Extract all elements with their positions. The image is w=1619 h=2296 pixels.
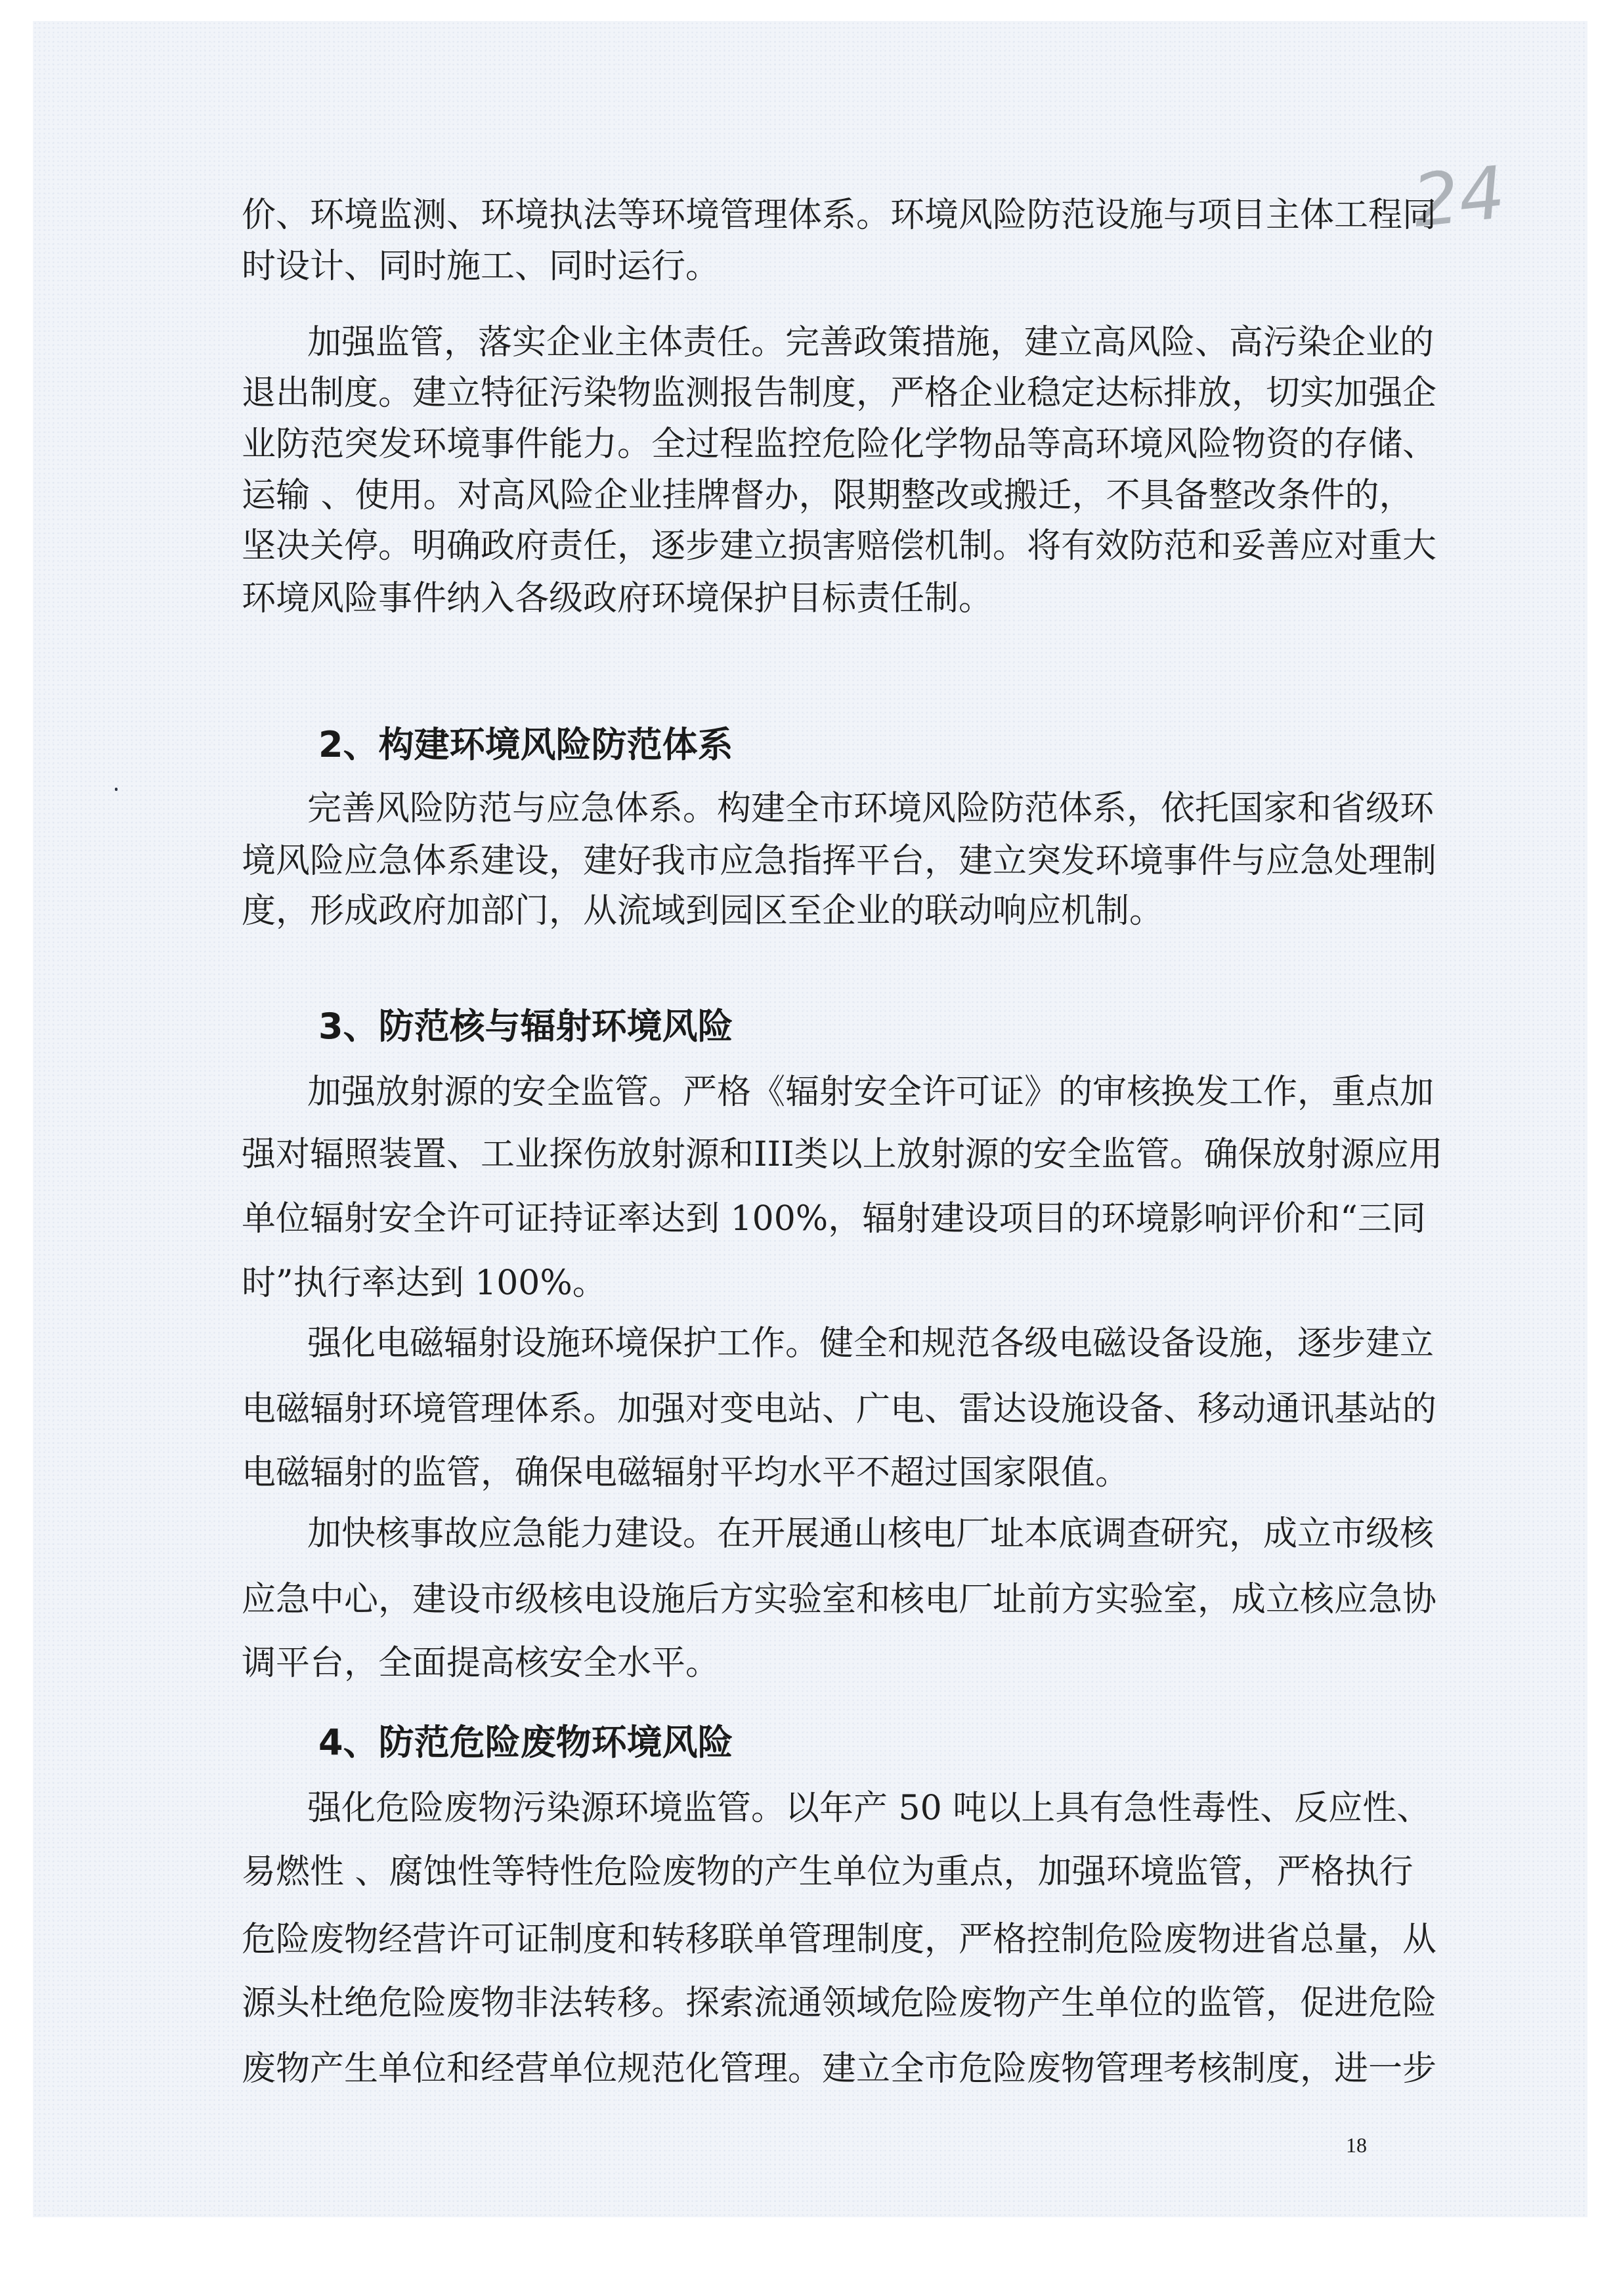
paragraph-4-line-2: 强对辐照装置、工业探伤放射源和III类以上放射源的安全监管。确保放射源应用 [242,1136,1377,1173]
paragraph-4-line-3: 单位辐射安全许可证持证率达到 100%，辐射建设项目的环境影响评价和“三同 [242,1201,1377,1237]
paragraph-5-line-3: 电磁辐射的监管，确保电磁辐射平均水平不超过国家限值。 [242,1455,1377,1491]
paragraph-2-line-2: 退出制度。建立特征污染物监测报告制度，严格企业稳定达标排放，切实加强企 [242,375,1377,412]
section-heading-2: 2、构建环境风险防范体系 [318,726,733,764]
page-number: 18 [1346,2133,1367,2157]
paragraph-2-line-3: 业防范突发环境事件能力。全过程监控危险化学物品等高环境风险物资的存储、 [242,426,1377,463]
paragraph-1-line-2: 时设计、同时施工、同时运行。 [242,248,1377,285]
paragraph-7-line-4: 源头杜绝危险废物非法转移。探索流通领域危险废物产生单位的监管，促进危险 [242,1985,1377,2022]
paragraph-3-line-1: 完善风险防范与应急体系。构建全市环境风险防范体系，依托国家和省级环 [307,790,1377,827]
paragraph-6-line-2: 应急中心，建设市级核电设施后方实验室和核电厂址前方实验室，成立核应急协 [242,1581,1377,1618]
paragraph-7-line-1: 强化危险废物污染源环境监管。以年产 50 吨以上具有急性毒性、反应性、 [307,1790,1377,1827]
paragraph-2-line-1: 加强监管，落实企业主体责任。完善政策措施，建立高风险、高污染企业的 [307,324,1377,361]
paragraph-5-line-2: 电磁辐射环境管理体系。加强对变电站、广电、雷达设施设备、移动通讯基站的 [242,1391,1377,1428]
paragraph-7-line-3: 危险废物经营许可证制度和转移联单管理制度，严格控制危险废物进省总量，从 [242,1921,1377,1958]
paragraph-2-line-4: 运输 、使用。对高风险企业挂牌督办，限期整改或搬迁，不具备整改条件的， [242,477,1377,514]
paragraph-7-line-2: 易燃性 、腐蚀性等特性危险废物的产生单位为重点，加强环境监管，严格执行 [242,1854,1377,1890]
paragraph-6-line-3: 调平台，全面提高核安全水平。 [242,1645,1377,1682]
paragraph-7-line-5: 废物产生单位和经营单位规范化管理。建立全市危险废物管理考核制度，进一步 [242,2051,1377,2087]
paragraph-2-line-5: 坚决关停。明确政府责任，逐步建立损害赔偿机制。将有效防范和妥善应对重大 [242,528,1377,564]
paragraph-3-line-2: 境风险应急体系建设，建好我市应急指挥平台，建立突发环境事件与应急处理制 [242,843,1377,880]
paragraph-2-line-6: 环境风险事件纳入各级政府环境保护目标责任制。 [242,580,1377,617]
paragraph-3-line-3: 度，形成政府加部门，从流域到园区至企业的联动响应机制。 [242,893,1377,929]
section-heading-4: 4、防范危险废物环境风险 [318,1724,733,1762]
paragraph-1-line-1: 价、环境监测、环境执法等环境管理体系。环境风险防范设施与项目主体工程同 [242,197,1377,234]
section-heading-3: 3、防范核与辐射环境风险 [318,1008,733,1046]
scan-speck [115,788,118,791]
paragraph-5-line-1: 强化电磁辐射设施环境保护工作。健全和规范各级电磁设备设施，逐步建立 [307,1325,1377,1362]
paragraph-6-line-1: 加快核事故应急能力建设。在开展通山核电厂址本底调查研究，成立市级核 [307,1516,1377,1552]
paragraph-4-line-1: 加强放射源的安全监管。严格《辐射安全许可证》的审核换发工作，重点加 [307,1074,1377,1111]
paragraph-4-line-4: 时”执行率达到 100%。 [242,1265,1377,1302]
